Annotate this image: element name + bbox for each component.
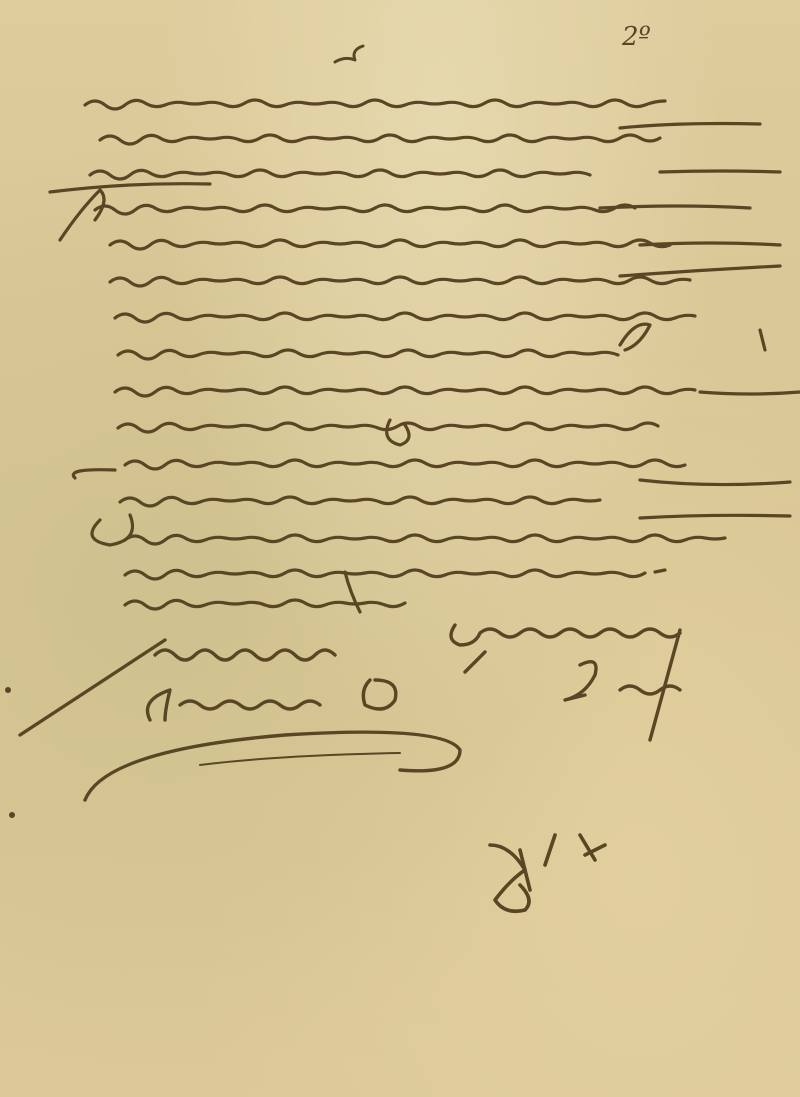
signature-right <box>451 625 680 740</box>
notarial-mark <box>490 835 605 911</box>
handwriting-strokes <box>0 0 800 1097</box>
manuscript-page: 2º Illegible handwritten script (secreta… <box>0 0 800 1097</box>
signature-left <box>20 640 460 800</box>
body-text-lines <box>50 100 800 612</box>
